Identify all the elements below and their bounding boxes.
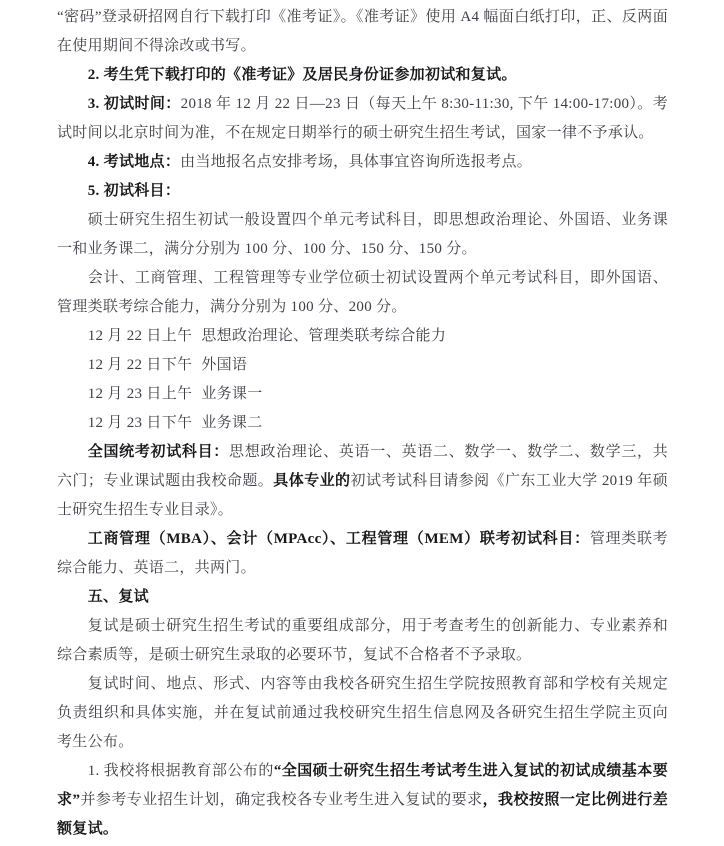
text-run: 复试时间、地点、形式、内容等由我校各研究生招生学院按照教育部和学校有关规定负责组…	[57, 676, 668, 750]
paragraph: 工商管理（MBA）、会计（MPAcc）、工程管理（MEM）联考初试科目：管理类联…	[57, 525, 668, 583]
text-run: 复试是硕士研究生招生考试的重要组成部分，用于考查考生的创新能力、专业素养和综合素…	[57, 618, 668, 663]
paragraph: 5. 初试科目：	[57, 177, 668, 206]
text-run: 五、复试	[88, 589, 149, 605]
paragraph: 会计、工商管理、工程管理等专业学位硕士初试设置两个单元考试科目，即外国语、管理类…	[57, 264, 668, 322]
text-run: 全国统考初试科目：	[88, 444, 229, 460]
schedule-row: 12 月 22 日下午外国语	[57, 351, 668, 380]
schedule-session: 12 月 22 日上午	[88, 328, 193, 344]
schedule-subjects: 思想政治理论、管理类联考综合能力	[201, 328, 446, 344]
text-run: 2. 考生凭下载打印的《准考证》及居民身份证参加初试和复试。	[88, 67, 517, 83]
schedule-session: 12 月 23 日上午	[88, 386, 193, 402]
document-body: “密码”登录研招网自行下载打印《准考证》。《准考证》使用 A4 幅面白纸打印，正…	[57, 3, 668, 844]
text-run: 会计、工商管理、工程管理等专业学位硕士初试设置两个单元考试科目，即外国语、管理类…	[57, 270, 668, 315]
paragraph: 2. 考生凭下载打印的《准考证》及居民身份证参加初试和复试。	[57, 61, 668, 90]
paragraph: 硕士研究生招生初试一般设置四个单元考试科目，即思想政治理论、外国语、业务课一和业…	[57, 206, 668, 264]
schedule-row: 12 月 22 日上午思想政治理论、管理类联考综合能力	[57, 322, 668, 351]
paragraph: 全国统考初试科目：思想政治理论、英语一、英语二、数学一、数学二、数学三，共六门；…	[57, 438, 668, 525]
paragraph: 复试是硕士研究生招生考试的重要组成部分，用于考查考生的创新能力、专业素养和综合素…	[57, 612, 668, 670]
text-run: 4. 考试地点：	[88, 154, 180, 170]
text-run: 由当地报名点安排考场，具体事宜咨询所选报考点。	[180, 154, 532, 170]
paragraph: “密码”登录研招网自行下载打印《准考证》。《准考证》使用 A4 幅面白纸打印，正…	[57, 3, 668, 61]
text-run: “密码”登录研招网自行下载打印《准考证》。《准考证》使用 A4 幅面白纸打印，正…	[57, 9, 668, 54]
text-run: 5. 初试科目：	[88, 183, 180, 199]
paragraph: 4. 考试地点：由当地报名点安排考场，具体事宜咨询所选报考点。	[57, 148, 668, 177]
section-heading: 五、复试	[57, 583, 668, 612]
text-run: 工商管理（MBA）、会计（MPAcc）、工程管理（MEM）联考初试科目：	[88, 531, 590, 547]
schedule-subjects: 业务课二	[201, 415, 262, 431]
paragraph: 1. 我校将根据教育部公布的“全国硕士研究生招生考试考生进入复试的初试成绩基本要…	[57, 757, 668, 844]
schedule-row: 12 月 23 日上午业务课一	[57, 380, 668, 409]
schedule-subjects: 业务课一	[201, 386, 262, 402]
text-run: 具体专业的	[273, 473, 350, 489]
schedule-subjects: 外国语	[201, 357, 247, 373]
schedule-session: 12 月 22 日下午	[88, 357, 193, 373]
text-run: 硕士研究生招生初试一般设置四个单元考试科目，即思想政治理论、外国语、业务课一和业…	[57, 212, 668, 257]
paragraph: 复试时间、地点、形式、内容等由我校各研究生招生学院按照教育部和学校有关规定负责组…	[57, 670, 668, 757]
paragraph: 3. 初试时间：2018 年 12 月 22 日—23 日（每天上午 8:30-…	[57, 90, 668, 148]
document-page: “密码”登录研招网自行下载打印《准考证》。《准考证》使用 A4 幅面白纸打印，正…	[0, 0, 724, 846]
text-run: 1. 我校将根据教育部公布的	[88, 763, 274, 779]
text-run: 3. 初试时间：	[88, 96, 181, 112]
schedule-row: 12 月 23 日下午业务课二	[57, 409, 668, 438]
schedule-session: 12 月 23 日下午	[88, 415, 193, 431]
text-run: 并参考专业招生计划，确定我校各专业考生进入复试的要求	[80, 792, 482, 808]
